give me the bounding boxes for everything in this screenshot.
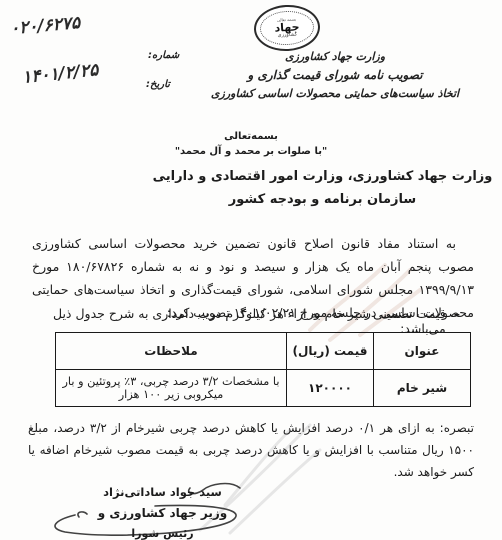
table-row: شیر خام ۱۲۰۰۰۰ با مشخصات ۳/۲ درصد چربی، … bbox=[56, 370, 471, 407]
handwritten-reference-number: ۰۲۰/۶۲۷۵ bbox=[9, 13, 81, 39]
addressees-block: وزارت جهاد کشاورزی، وزارت امور اقتصادی و… bbox=[150, 169, 495, 207]
addressee-line-2: سازمان برنامه و بودجه کشور bbox=[150, 192, 495, 207]
ministry-emblem-inner: بسمه تعالی جهاد کشاورزی bbox=[259, 10, 315, 47]
header-title: عنوان bbox=[374, 333, 471, 370]
salawat-text: "با صلوات بر محمد و آل محمد" bbox=[0, 146, 502, 157]
decree-title-line1: تصویب نامه شورای قیمت گذاری و bbox=[200, 68, 470, 82]
signer-title-line2: رئیس شورا bbox=[70, 527, 255, 540]
signer-title-line1: وزیر جهاد کشاورزی و bbox=[70, 506, 255, 520]
header-price: قیمت (ریال) bbox=[287, 333, 374, 370]
document-page: ۰۲۰/۶۲۷۵ بسمه تعالی جهاد کشاورزی وزارت ج… bbox=[0, 0, 502, 540]
price-table: عنوان قیمت (ریال) ملاحظات شیر خام ۱۲۰۰۰۰… bbox=[55, 332, 471, 407]
table-header-row: عنوان قیمت (ریال) ملاحظات bbox=[56, 333, 471, 370]
date-label: تاریخ: bbox=[146, 79, 170, 90]
addressee-line-1: وزارت جهاد کشاورزی، وزارت امور اقتصادی و… bbox=[150, 169, 495, 184]
cell-product-title: شیر خام bbox=[374, 370, 471, 407]
cell-notes: با مشخصات ۳/۲ درصد چربی، ۳٪ پروتئین و با… bbox=[56, 370, 287, 407]
note-paragraph: تبصره: به ازای هر ۰/۱ درصد افزایش یا کاه… bbox=[28, 417, 474, 483]
besmele-text: بسمه‌تعالی bbox=[0, 131, 502, 142]
org-name: وزارت جهاد کشاورزی bbox=[200, 50, 470, 63]
decree-title-line2: اتخاذ سیاست‌های حمایتی محصولات اساسی کشا… bbox=[200, 87, 470, 100]
emblem-sub-text: کشاورزی bbox=[278, 32, 298, 38]
signer-name: سید جواد ساداتی‌نژاد bbox=[70, 485, 255, 499]
ministry-emblem-icon: بسمه تعالی جهاد کشاورزی bbox=[253, 3, 321, 52]
number-label: شماره: bbox=[148, 50, 179, 61]
signature-block: سید جواد ساداتی‌نژاد وزیر جهاد کشاورزی و… bbox=[70, 485, 255, 540]
header-notes: ملاحظات bbox=[56, 333, 287, 370]
cell-price: ۱۲۰۰۰۰ bbox=[287, 370, 374, 407]
handwritten-date: ۱۴۰۱/۲/۲۵ bbox=[21, 60, 99, 88]
letterhead-org-block: وزارت جهاد کشاورزی تصویب نامه شورای قیمت… bbox=[200, 50, 470, 100]
